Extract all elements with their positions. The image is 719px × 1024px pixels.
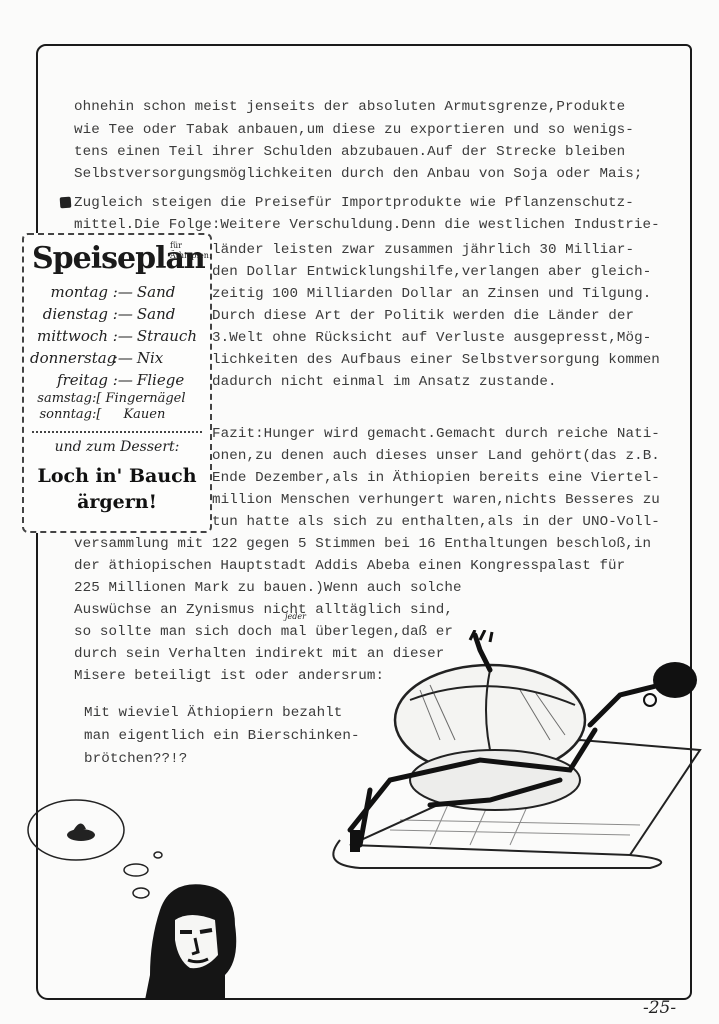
- text-line: tun hatte als sich zu enthalten,als in d…: [212, 512, 660, 532]
- bullet-marker: [60, 197, 72, 209]
- dessert-line: ärgern!: [24, 491, 210, 513]
- text-line: lichkeiten des Aufbaus einer Selbstverso…: [212, 350, 660, 370]
- menu-subtitle-line: Äthiopien:: [170, 251, 214, 261]
- text-line: Selbstversorgungsmöglichkeiten durch den…: [74, 164, 643, 184]
- menu-row: montag :—Sand: [30, 283, 175, 301]
- menu-day: freitag: [30, 371, 108, 389]
- text-line: den Dollar Entwicklungshilfe,verlangen a…: [212, 262, 651, 282]
- menu-row: donnerstag :—Nix: [30, 349, 163, 367]
- starving-figure-on-bread-roll-illustration: [330, 630, 710, 880]
- text-line: onen,zu denen auch dieses unser Land geh…: [212, 446, 660, 466]
- menu-day: montag: [30, 283, 108, 301]
- menu-row: samstag:[Fingernägel: [30, 391, 186, 406]
- menu-day: samstag: [30, 391, 92, 406]
- menu-row: mittwoch :—Strauch: [30, 327, 197, 345]
- text-line: Auswüchse an Zynismus nicht alltäglich s…: [74, 600, 453, 620]
- menu-food: Nix: [137, 349, 163, 367]
- menu-row: freitag :—Fliege: [30, 371, 184, 389]
- text-line: ohnehin schon meist jenseits der absolut…: [74, 97, 625, 117]
- text-line: dadurch nicht einmal im Ansatz zustande.: [212, 372, 557, 392]
- text-line: länder leisten zwar zusammen jährlich 30…: [212, 240, 634, 260]
- menu-sep: :—: [113, 283, 133, 301]
- menu-sep: :—: [113, 305, 133, 323]
- text-line: tens einen Teil ihrer Schulden abzubauen…: [74, 142, 625, 162]
- menu-sep: :—: [113, 327, 133, 345]
- menu-sep: :[: [92, 407, 101, 422]
- menu-sep: :—: [113, 349, 133, 367]
- text-line: Ende Dezember,als in Äthiopien bereits e…: [212, 468, 660, 488]
- text-line: Durch diese Art der Politik werden die L…: [212, 306, 634, 326]
- handwritten-insertion: jeder: [285, 612, 306, 621]
- menu-food: Fliege: [137, 371, 184, 389]
- menu-row: dienstag :—Sand: [30, 305, 175, 323]
- dessert-label: und zum Dessert:: [24, 439, 210, 455]
- text-line: Zugleich steigen die Preisefür Importpro…: [74, 193, 634, 213]
- menu-row: sonntag:[Kauen: [30, 407, 165, 422]
- text-line: 225 Millionen Mark zu bauen.)Wenn auch s…: [74, 578, 462, 598]
- che-guevara-portrait-illustration: [140, 880, 250, 1000]
- menu-day: dienstag: [30, 305, 108, 323]
- text-line: wie Tee oder Tabak anbauen,um diese zu e…: [74, 120, 634, 140]
- text-line: Mit wieviel Äthiopiern bezahlt: [84, 703, 342, 723]
- menu-subtitle: für Äthiopien:: [170, 241, 214, 261]
- menu-food: Strauch: [137, 327, 197, 345]
- speiseplan-menu-box: Speiseplan für Äthiopien: montag :—Sand …: [22, 233, 212, 533]
- menu-day: donnerstag: [30, 349, 108, 367]
- text-line: 3.Welt ohne Rücksicht auf Verluste ausge…: [212, 328, 651, 348]
- dessert-line: Loch in' Bauch: [24, 465, 210, 487]
- text-line: der äthiopischen Hauptstadt Addis Abeba …: [74, 556, 625, 576]
- text-line: million Menschen verhungert waren,nichts…: [212, 490, 660, 510]
- text-line: Fazit:Hunger wird gemacht.Gemacht durch …: [212, 424, 660, 444]
- text-line: man eigentlich ein Bierschinken-: [84, 726, 360, 746]
- menu-subtitle-line: für: [170, 241, 214, 251]
- menu-divider: [32, 431, 202, 433]
- menu-sep: :—: [113, 371, 133, 389]
- text-line: brötchen??!?: [84, 749, 187, 769]
- menu-food: Kauen: [123, 407, 165, 422]
- menu-food: Sand: [137, 283, 175, 301]
- page-number: -25-: [643, 998, 676, 1018]
- menu-food: Fingernägel: [105, 391, 185, 406]
- text-line: mittel.Die Folge:Weitere Verschuldung.De…: [74, 215, 660, 235]
- menu-sep: :[: [92, 391, 101, 406]
- text-line: zeitig 100 Milliarden Dollar an Zinsen u…: [212, 284, 651, 304]
- menu-food: Sand: [137, 305, 175, 323]
- menu-day: sonntag: [30, 407, 92, 422]
- text-line: versammlung mit 122 gegen 5 Stimmen bei …: [74, 534, 651, 554]
- menu-day: mittwoch: [30, 327, 108, 345]
